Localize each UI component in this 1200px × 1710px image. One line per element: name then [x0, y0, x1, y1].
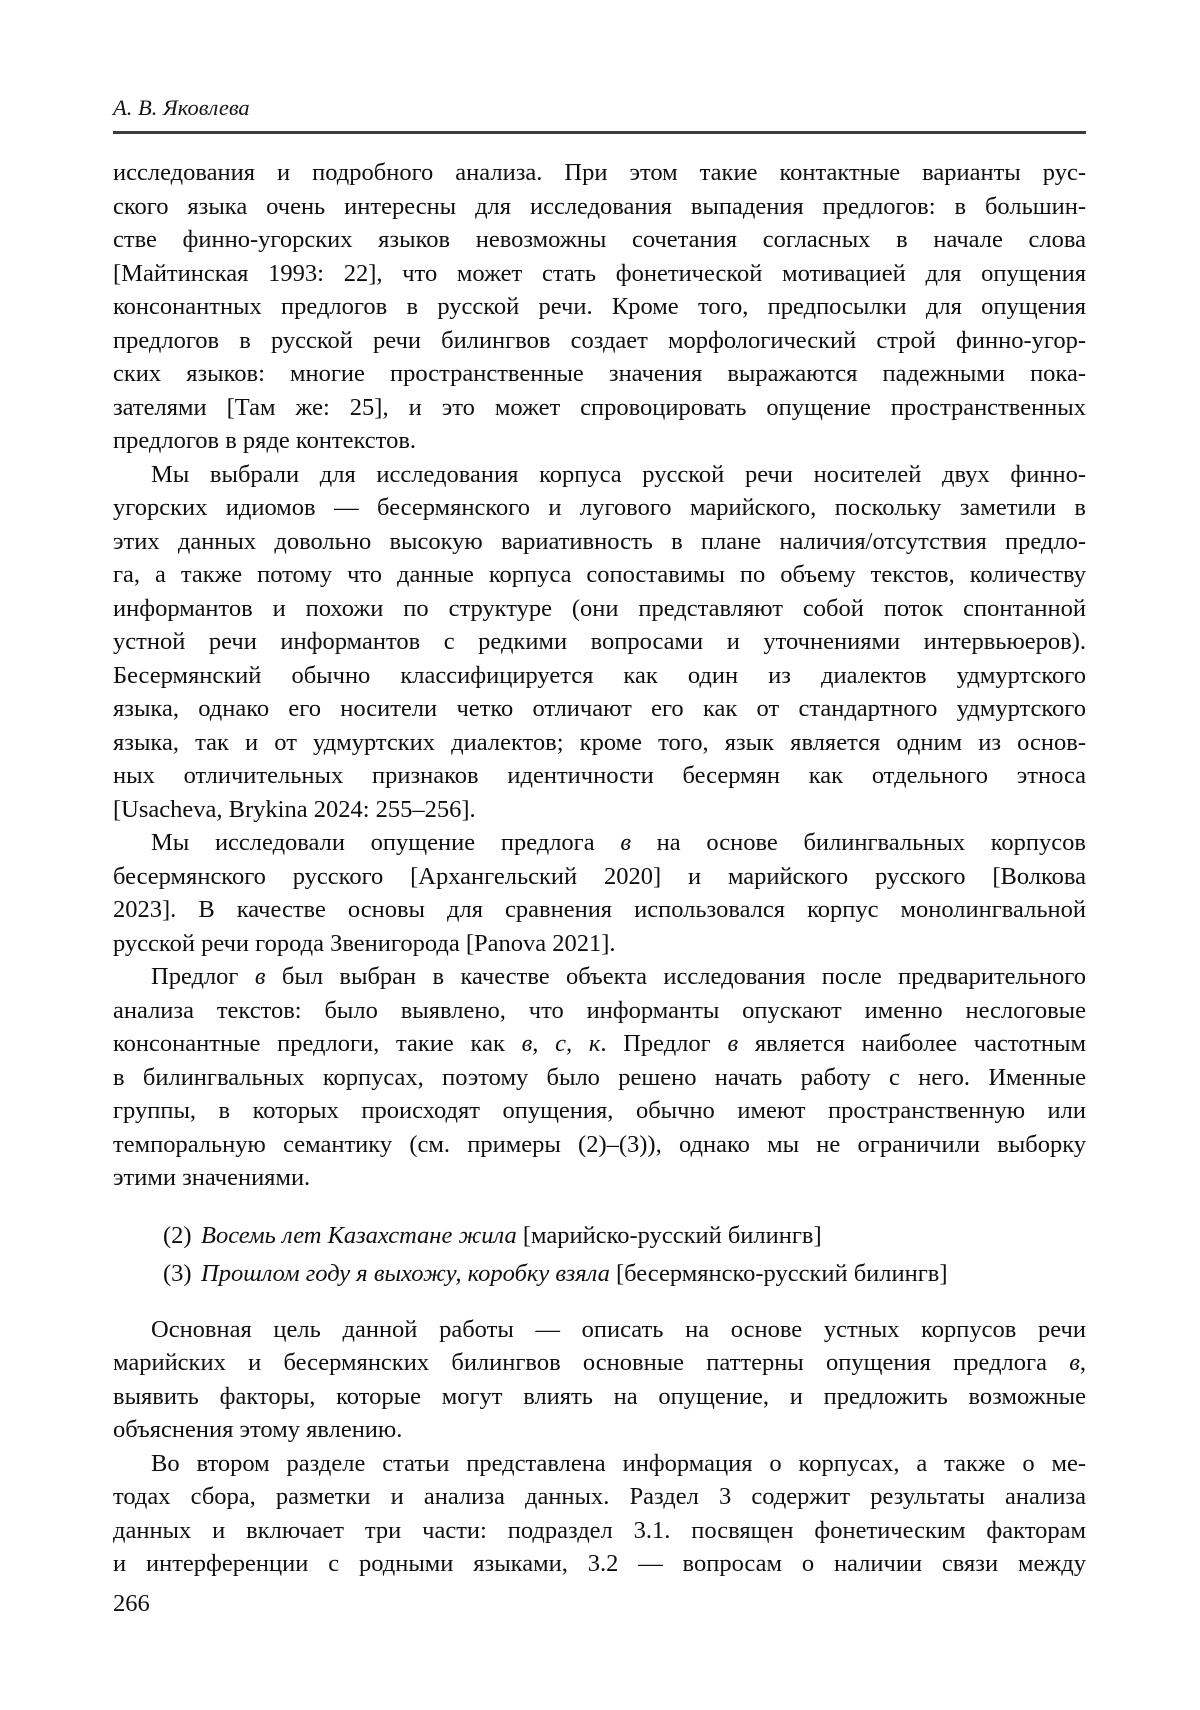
text-segment: этими значениями. [113, 1164, 310, 1191]
text-segment: тодах сбора, разметки и анализа данных. … [113, 1483, 1086, 1510]
text-segment: данных и включает три части: подраздел 3… [113, 1517, 1086, 1544]
text-line: данных и включает три части: подраздел 3… [113, 1514, 1086, 1548]
text-line: предлогов в ряде контекстов. [113, 424, 1086, 458]
text-segment: угорских идиомов — бесермянского и лугов… [113, 494, 1086, 521]
text-line: и интерференции с родными языками, 3.2 —… [113, 1547, 1086, 1581]
text-segment: Прошлом году я выхожу, коробку взяла [201, 1260, 610, 1287]
text-segment: бесермянского русского [Архангельский 20… [113, 863, 1086, 890]
text-segment: в билингвальных корпусах, поэтому было р… [113, 1064, 1086, 1091]
text-segment: марийских и бесермянских билингвов основ… [113, 1349, 1069, 1376]
text-segment: ского языка очень интересны для исследов… [113, 193, 1086, 220]
text-segment: языка, однако его носители четко отличаю… [113, 695, 1086, 722]
text-segment: ских языков: многие пространственные зна… [113, 360, 1086, 387]
text-segment: информантов и похожи по структуре (они п… [113, 595, 1086, 622]
text-segment: [Майтинская 1993: 22], что может стать ф… [113, 260, 1086, 287]
text-segment: зателями [Там же: 25], и это может спров… [113, 394, 1086, 421]
text-line: [Usacheva, Brykina 2024: 255–256]. [113, 793, 1086, 827]
text-line: языка, однако его носители четко отличаю… [113, 692, 1086, 726]
text-line: темпоральную семантику (см. примеры (2)–… [113, 1128, 1086, 1162]
text-line: Бесермянский обычно классифицируется как… [113, 659, 1086, 693]
text-line: Мы исследовали опущение предлога в на ос… [113, 826, 1086, 860]
text-line: объяснения этому явлению. [113, 1413, 1086, 1447]
text-segment: Во втором разделе статьи представлена ин… [151, 1450, 1086, 1477]
text-segment: на основе билингвальных корпусов [631, 829, 1086, 856]
text-segment: в, с, к [522, 1030, 601, 1057]
text-line: этими значениями. [113, 1161, 1086, 1195]
example-number: (3) [163, 1255, 201, 1294]
text-segment: предлогов в русской речи билингвов созда… [113, 327, 1086, 354]
text-segment: Мы выбрали для исследования корпуса русс… [151, 461, 1086, 488]
text-segment: выявить факторы, которые могут влиять на… [113, 1383, 1086, 1410]
text-segment: темпоральную семантику (см. примеры (2)–… [113, 1131, 1086, 1158]
page-number: 266 [113, 1590, 150, 1618]
text-segment: Мы исследовали опущение предлога [151, 829, 620, 856]
text-line: 2023]. В качестве основы для сравнения и… [113, 893, 1086, 927]
text-segment: предлогов в ряде контекстов. [113, 427, 416, 454]
text-segment: анализа текстов: было выявлено, что инфо… [113, 997, 1086, 1024]
text-segment: [Usacheva, Brykina 2024: 255–256]. [113, 796, 476, 823]
text-line: марийских и бесермянских билингвов основ… [113, 1346, 1086, 1380]
text-segment: ных отличительных признаков идентичности… [113, 762, 1086, 789]
text-line: Во втором разделе статьи представлена ин… [113, 1447, 1086, 1481]
text-line: ского языка очень интересны для исследов… [113, 190, 1086, 224]
text-segment: группы, в которых происходят опущения, о… [113, 1097, 1086, 1124]
text-line: группы, в которых происходят опущения, о… [113, 1094, 1086, 1128]
example-text: Прошлом году я выхожу, коробку взяла [бе… [201, 1255, 1086, 1294]
text-line: га, а также потому что данные корпуса со… [113, 558, 1086, 592]
examples-group: (2)Восемь лет Казахстане жила [марийско-… [113, 1217, 1086, 1294]
text-line: русской речи города Звенигорода [Panova … [113, 927, 1086, 961]
example-number: (2) [163, 1217, 201, 1256]
paper-page: А. В. Яковлева исследования и подробного… [0, 0, 1200, 1710]
running-header-author: А. В. Яковлева [113, 95, 1086, 121]
paragraph: Мы выбрали для исследования корпуса русс… [113, 458, 1086, 827]
text-line: выявить факторы, которые могут влиять на… [113, 1380, 1086, 1414]
text-segment: консонантных предлогов в русской речи. К… [113, 293, 1086, 320]
text-segment: 2023]. В качестве основы для сравнения и… [113, 896, 1086, 923]
text-segment: в [620, 829, 631, 856]
text-line: языка, так и от удмуртских диалектов; кр… [113, 726, 1086, 760]
text-segment: является наиболее частотным [738, 1030, 1086, 1057]
text-line: бесермянского русского [Архангельский 20… [113, 860, 1086, 894]
text-segment: Восемь лет Казахстане жила [201, 1222, 517, 1249]
example-text: Восемь лет Казахстане жила [марийско-рус… [201, 1217, 1086, 1256]
header-rule [113, 131, 1086, 134]
text-segment: этих данных довольно высокую вариативнос… [113, 528, 1086, 555]
text-line: консонантные предлоги, такие как в, с, к… [113, 1027, 1086, 1061]
paragraph: исследования и подробного анализа. При э… [113, 156, 1086, 458]
text-segment: [бесермянско-русский билингв] [610, 1260, 948, 1287]
text-segment: и интерференции с родными языками, 3.2 —… [113, 1550, 1086, 1577]
text-line: исследования и подробного анализа. При э… [113, 156, 1086, 190]
text-line: стве финно-угорских языков невозможны со… [113, 223, 1086, 257]
text-segment: Основная цель данной работы — описать на… [151, 1316, 1086, 1343]
example-item: (3)Прошлом году я выхожу, коробку взяла … [113, 1255, 1086, 1294]
text-line: [Майтинская 1993: 22], что может стать ф… [113, 257, 1086, 291]
text-segment: , [1080, 1349, 1086, 1376]
text-line: зателями [Там же: 25], и это может спров… [113, 391, 1086, 425]
text-line: в билингвальных корпусах, поэтому было р… [113, 1061, 1086, 1095]
text-line: этих данных довольно высокую вариативнос… [113, 525, 1086, 559]
text-segment: стве финно-угорских языков невозможны со… [113, 226, 1086, 253]
text-line: ских языков: многие пространственные зна… [113, 357, 1086, 391]
text-line: тодах сбора, разметки и анализа данных. … [113, 1480, 1086, 1514]
text-segment: устной речи информантов с редкими вопрос… [113, 628, 1086, 655]
text-line: ных отличительных признаков идентичности… [113, 759, 1086, 793]
text-segment: русской речи города Звенигорода [Panova … [113, 930, 616, 957]
text-segment: в [1069, 1349, 1080, 1376]
text-line: предлогов в русской речи билингвов созда… [113, 324, 1086, 358]
text-line: Предлог в был выбран в качестве объекта … [113, 960, 1086, 994]
text-segment: был выбран в качестве объекта исследован… [266, 963, 1086, 990]
text-segment: консонантные предлоги, такие как [113, 1030, 522, 1057]
text-line: анализа текстов: было выявлено, что инфо… [113, 994, 1086, 1028]
paragraph: Мы исследовали опущение предлога в на ос… [113, 826, 1086, 960]
text-segment: в [255, 963, 266, 990]
text-line: устной речи информантов с редкими вопрос… [113, 625, 1086, 659]
example-item: (2)Восемь лет Казахстане жила [марийско-… [113, 1217, 1086, 1256]
text-segment: Бесермянский обычно классифицируется как… [113, 662, 1086, 689]
text-line: угорских идиомов — бесермянского и лугов… [113, 491, 1086, 525]
text-line: Мы выбрали для исследования корпуса русс… [113, 458, 1086, 492]
paragraph: Основная цель данной работы — описать на… [113, 1313, 1086, 1447]
paragraph: Во втором разделе статьи представлена ин… [113, 1447, 1086, 1581]
text-segment: в [727, 1030, 738, 1057]
text-line: информантов и похожи по структуре (они п… [113, 592, 1086, 626]
text-segment: объяснения этому явлению. [113, 1416, 402, 1443]
text-segment: га, а также потому что данные корпуса со… [113, 561, 1086, 588]
text-line: Основная цель данной работы — описать на… [113, 1313, 1086, 1347]
text-segment: языка, так и от удмуртских диалектов; кр… [113, 729, 1086, 756]
page-content: А. В. Яковлева исследования и подробного… [113, 0, 1086, 1581]
body-text: исследования и подробного анализа. При э… [113, 156, 1086, 1581]
text-segment: исследования и подробного анализа. При э… [113, 159, 1086, 186]
text-line: консонантных предлогов в русской речи. К… [113, 290, 1086, 324]
text-segment: Предлог [151, 963, 255, 990]
paragraph: Предлог в был выбран в качестве объекта … [113, 960, 1086, 1195]
text-segment: [марийско-русский билингв] [517, 1222, 822, 1249]
text-segment: . Предлог [600, 1030, 727, 1057]
